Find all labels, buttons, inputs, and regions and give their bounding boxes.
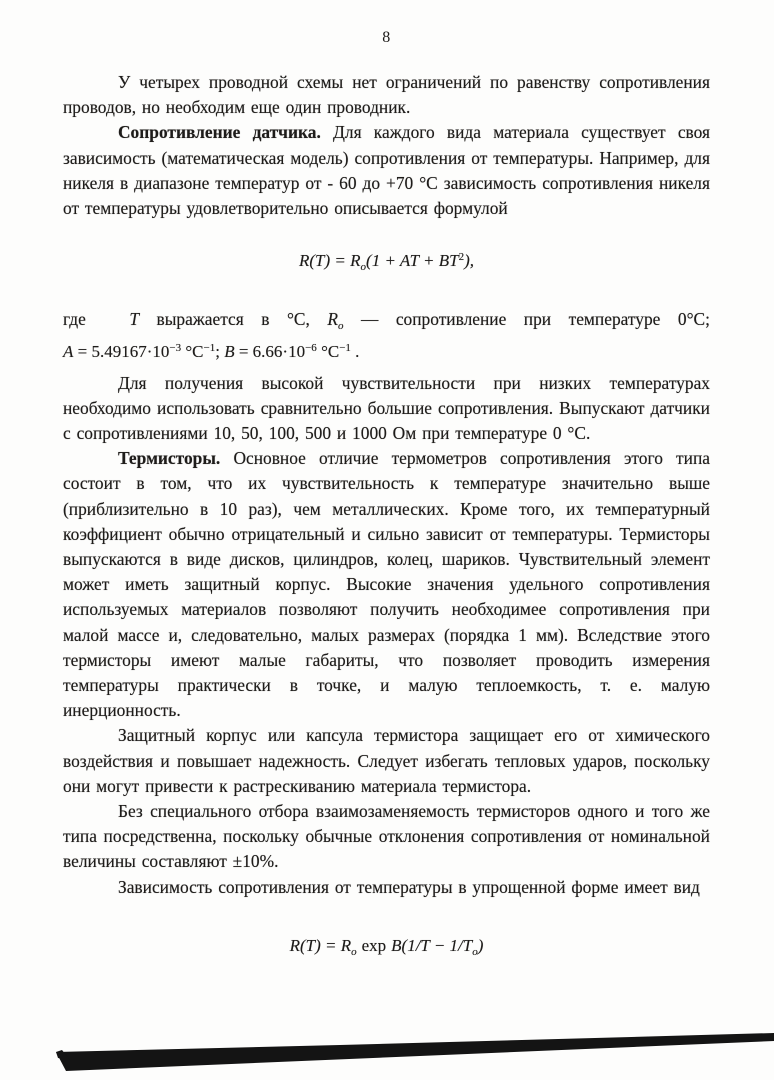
coeff-a-value: = 5.49167·10 (73, 342, 169, 361)
paragraph-four-wire: У четырех проводной схемы нет ограничени… (63, 70, 710, 120)
coeff-b-value: = 6.66·10 (235, 342, 306, 361)
formula-body: (1 + AT + BT (366, 251, 459, 270)
paragraph-sensitivity: Для получения высокой чувствительности п… (63, 371, 710, 447)
paragraph-text: Защитный корпус или капсула термистора з… (63, 725, 710, 795)
scanned-page: 8 У четырех проводной схемы нет ограниче… (0, 0, 774, 956)
formula-lhs: R(T) = R (290, 936, 352, 955)
formula-tail: ) (478, 936, 484, 955)
paragraph-protective-case: Защитный корпус или капсула термистора з… (63, 723, 710, 799)
paragraph-text: Без специального отбора взаимозаменяемос… (63, 801, 710, 871)
paragraph-text: У четырех проводной схемы нет ограничени… (63, 72, 710, 117)
formula-tail: ), (464, 251, 474, 270)
coeff-a-exponent: −3 (169, 342, 181, 354)
formula-lhs: R(T) = R (299, 251, 361, 270)
formula-body: B(1/T − 1/T (391, 936, 472, 955)
formula-where-clause: где T выражается в °C, Ro — сопротивлени… (63, 307, 710, 332)
coeff-b-exponent: −6 (305, 342, 317, 354)
var-b: B (224, 342, 234, 361)
dash: — (361, 309, 378, 329)
where-text: выражается в °C, (156, 309, 309, 329)
paragraph-interchangeability: Без специального отбора взаимозаменяемос… (63, 799, 710, 875)
var-r-subscript: o (338, 320, 344, 332)
coefficients-line: A = 5.49167·10−3 °C−1; B = 6.66·10−6 °C−… (63, 339, 710, 364)
paragraph-text: Для получения высокой чувствительности п… (63, 373, 710, 443)
exp-operator: exp (362, 936, 387, 955)
paragraph-text: Зависимость сопротивления от температуры… (118, 877, 700, 897)
separator: ; (215, 342, 220, 361)
where-lead: где (63, 309, 86, 329)
coeff-a-unit-exponent: −1 (204, 342, 216, 354)
coeff-a-unit: °C (185, 342, 203, 361)
var-a: A (63, 342, 73, 361)
formula-subscript: o (351, 946, 357, 958)
paragraph-dependence-form: Зависимость сопротивления от температуры… (63, 875, 710, 900)
var-r: R (327, 309, 338, 329)
period: . (355, 342, 359, 361)
formula-resistance-polynomial: R(T) = Ro(1 + AT + BT2), (63, 251, 710, 271)
paragraph-thermistors: Термисторы. Основное отличие термометров… (63, 446, 710, 723)
formula-thermistor-exponential: R(T) = RoexpB(1/T − 1/To) (63, 936, 710, 956)
paragraph-text: Основное отличие термометров сопротивлен… (63, 448, 710, 720)
paragraph-bold-lead: Сопротивление датчика. (118, 122, 321, 142)
scan-edge-artifact (0, 1030, 774, 1080)
paragraph-bold-lead: Термисторы. (118, 448, 220, 468)
coeff-b-unit: °C (321, 342, 339, 361)
coeff-b-unit-exponent: −1 (339, 342, 351, 354)
where-text: сопротивление при температуре 0°C; (396, 309, 710, 329)
paragraph-sensor-resistance: Сопротивление датчика. Для каждого вида … (63, 120, 710, 221)
var-t: T (129, 309, 139, 329)
page-number: 8 (63, 28, 710, 48)
